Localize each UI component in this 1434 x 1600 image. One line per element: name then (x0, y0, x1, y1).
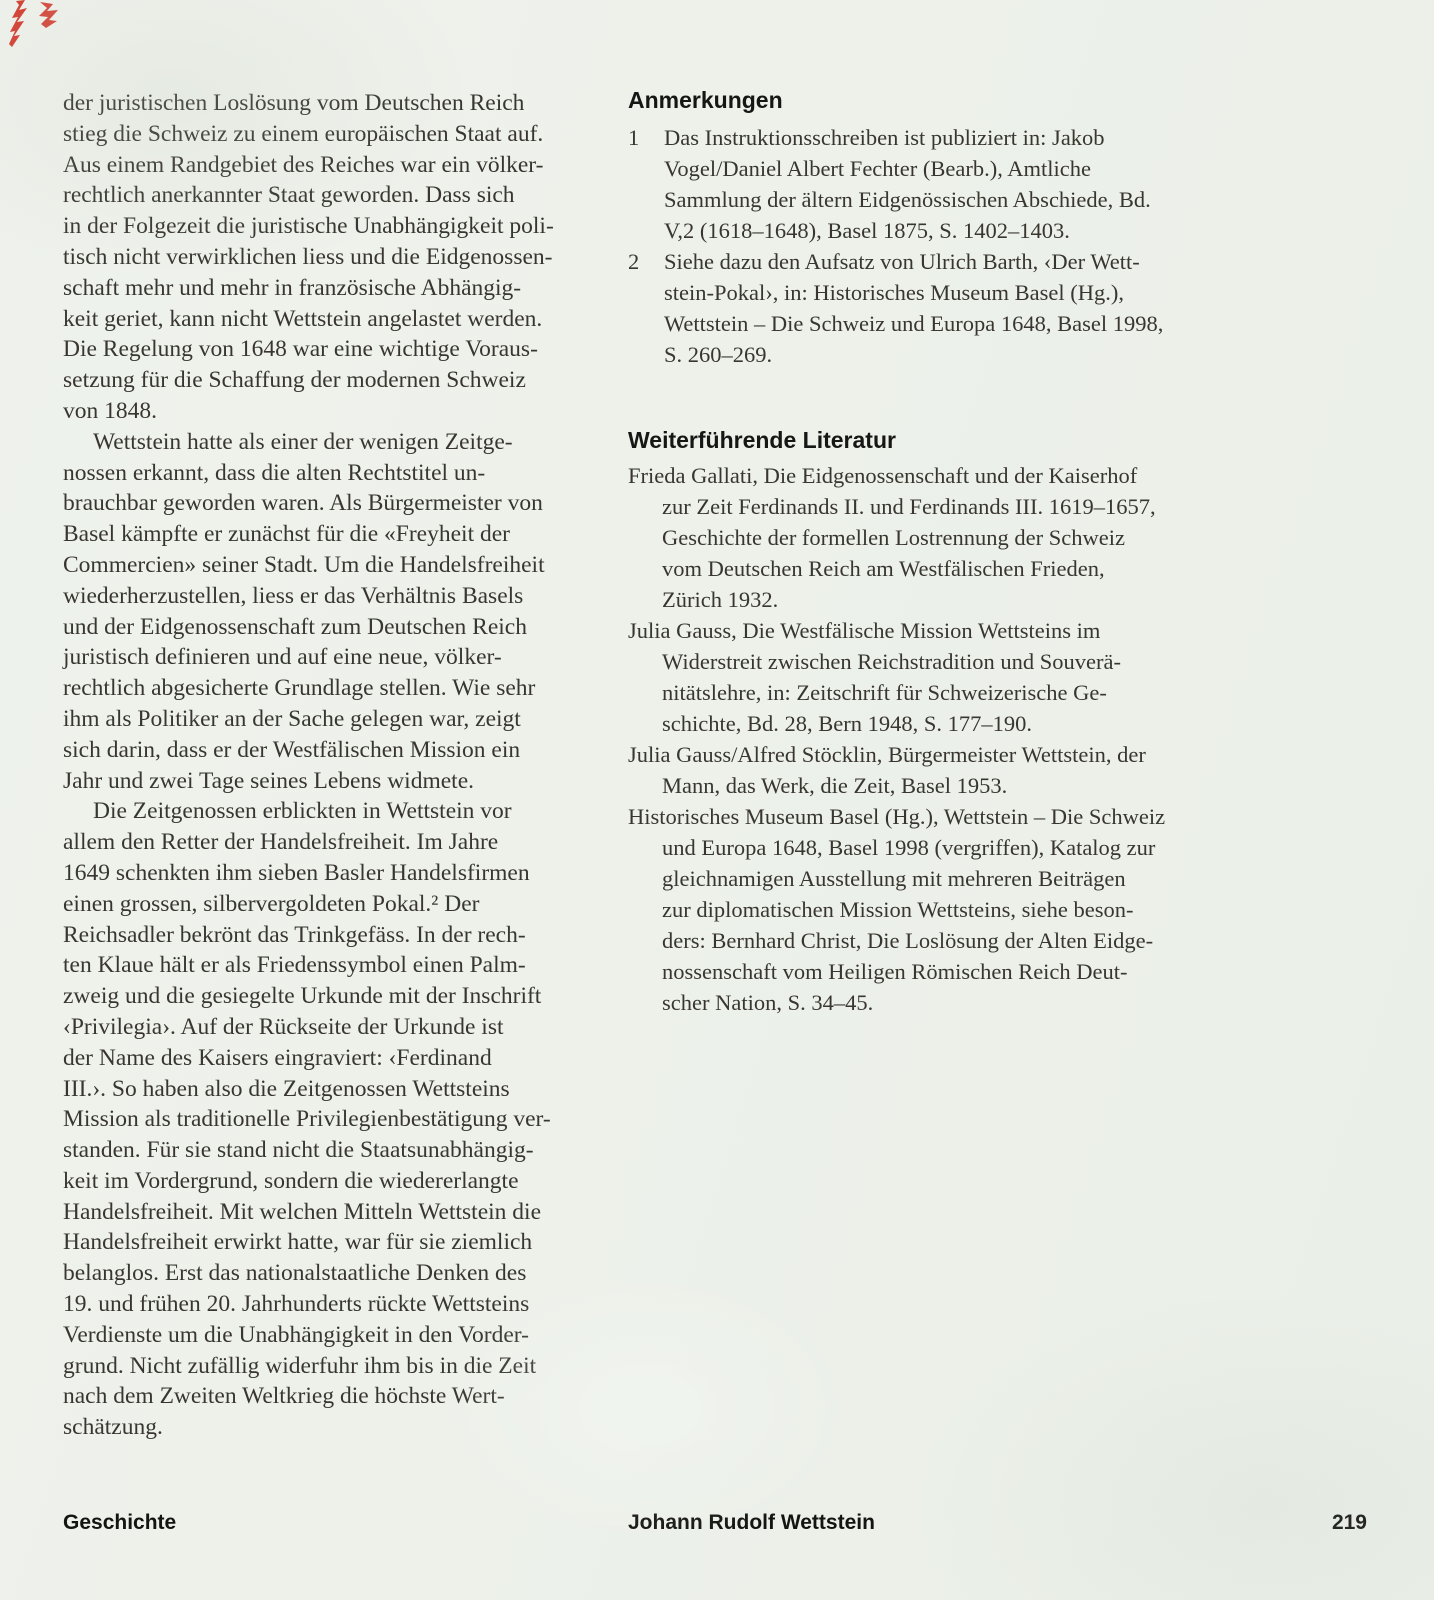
red-ink-scan-mark (6, 0, 68, 50)
literature-entry: Frieda Gallati, Die Eidgenossenschaft un… (628, 460, 1248, 615)
note-number: 1 (628, 122, 664, 153)
literature-entry: Julia Gauss/Alfred Stöcklin, Bürgermeist… (628, 739, 1248, 801)
footer-article-label: Johann Rudolf Wettstein (628, 1510, 875, 1536)
apparatus-column: Anmerkungen 1 Das Instruktionsschreiben … (628, 86, 1248, 1018)
footer-page-number: 219 (1332, 1510, 1367, 1536)
note-item: 2 Siehe dazu den Aufsatz von Ulrich Bart… (628, 246, 1248, 370)
literature-section: Weiterführende Literatur Frieda Gallati,… (628, 426, 1248, 1018)
note-number: 2 (628, 246, 664, 277)
note-text: Das Instruktionsschreiben ist publiziert… (664, 122, 1151, 246)
literature-heading: Weiterführende Literatur (628, 426, 1248, 454)
note-text: Siehe dazu den Aufsatz von Ulrich Barth,… (664, 246, 1163, 370)
notes-section: Anmerkungen 1 Das Instruktionsschreiben … (628, 86, 1248, 370)
literature-entry: Julia Gauss, Die Westfälische Mission We… (628, 615, 1248, 739)
notes-heading: Anmerkungen (628, 86, 1248, 114)
body-text-column: der juristischen Loslösung vom Deutschen… (63, 88, 638, 1443)
body-paragraph: Wettstein hatte als einer der wenigen Ze… (63, 427, 638, 797)
literature-entry: Historisches Museum Basel (Hg.), Wettste… (628, 801, 1248, 1018)
body-paragraph: Die Zeitgenossen erblickten in Wettstein… (63, 796, 638, 1443)
note-item: 1 Das Instruktionsschreiben ist publizie… (628, 122, 1248, 246)
body-paragraph: der juristischen Loslösung vom Deutschen… (63, 88, 638, 427)
scanned-book-page: der juristischen Loslösung vom Deutschen… (0, 0, 1434, 1600)
footer-section-label: Geschichte (63, 1510, 176, 1536)
